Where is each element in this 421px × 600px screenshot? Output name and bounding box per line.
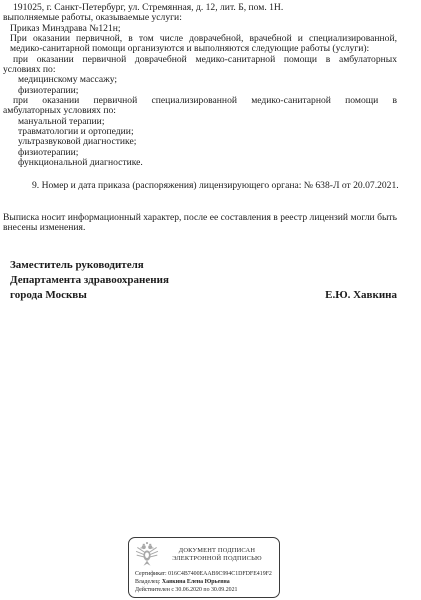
stamp-certificate-label: Сертификат: bbox=[135, 571, 168, 577]
signer-name: Е.Ю. Хавкина bbox=[325, 288, 397, 303]
doc-line-item9: 9. Номер и дата приказа (распоряжения) л… bbox=[32, 181, 397, 191]
document-page: 191025, г. Санкт-Петербург, ул. Стремянн… bbox=[0, 0, 421, 600]
stamp-title-line1: ДОКУМЕНТ ПОДПИСАН bbox=[179, 547, 255, 554]
stamp-title: ДОКУМЕНТ ПОДПИСАН ЭЛЕКТРОННОЙ ПОДПИСЬЮ bbox=[160, 547, 274, 563]
stamp-title-line2: ЭЛЕКТРОННОЙ ПОДПИСЬЮ bbox=[172, 555, 262, 562]
doc-line-note: внесены изменения. bbox=[3, 223, 397, 233]
signer-title-line: города Москвы bbox=[10, 288, 87, 303]
doc-line-service: функциональной диагностике. bbox=[18, 158, 397, 168]
document-body: 191025, г. Санкт-Петербург, ул. Стремянн… bbox=[0, 0, 421, 234]
stamp-certificate-value: 016C4B7400EAAB9C994C1DFDFE419F2 bbox=[168, 571, 272, 577]
signer-title-line: Департамента здравоохранения bbox=[10, 273, 397, 288]
stamp-owner-line: Владелец: Хавкина Елена Юрьевна bbox=[135, 578, 274, 586]
signature-block: Заместитель руководителя Департамента зд… bbox=[0, 258, 397, 304]
electronic-signature-stamp: ДОКУМЕНТ ПОДПИСАН ЭЛЕКТРОННОЙ ПОДПИСЬЮ С… bbox=[128, 537, 280, 598]
russian-coat-of-arms-icon bbox=[134, 541, 160, 568]
stamp-certificate-line: Сертификат: 016C4B7400EAAB9C994C1DFDFE41… bbox=[135, 570, 274, 578]
stamp-owner-value: Хавкина Елена Юрьевна bbox=[162, 579, 230, 585]
stamp-owner-label: Владелец: bbox=[135, 579, 162, 585]
stamp-validity-line: Действителен с 30.06.2020 по 30.09.2021 bbox=[135, 586, 274, 594]
doc-line: при оказании первичной доврачебной медик… bbox=[13, 55, 397, 65]
signer-title-line: Заместитель руководителя bbox=[10, 258, 397, 273]
